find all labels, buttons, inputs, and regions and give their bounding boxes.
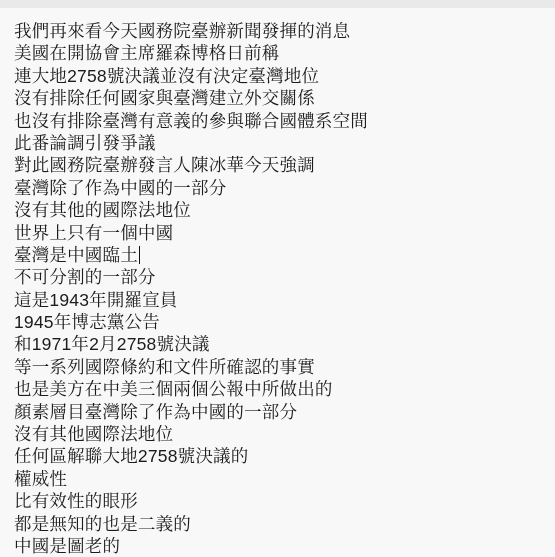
- transcript-line-text: 臺灣除了作為中國的一部分: [14, 178, 226, 198]
- transcript-line: 和1971年2月2758號決議: [14, 333, 549, 355]
- transcript-line-text: 連大地2758號決議並沒有決定臺灣地位: [14, 66, 319, 86]
- transcript-line: 沒有其他國際法地位: [14, 423, 549, 445]
- transcript-line-text: 比有效性的眼形: [14, 491, 138, 511]
- transcript-line-text: 顏素層目臺灣除了作為中國的一部分: [14, 402, 297, 422]
- text-cursor: [139, 246, 140, 264]
- transcript-line: 沒有排除任何國家與臺灣建立外交關係: [14, 87, 549, 109]
- transcript-line: 權威性: [14, 468, 549, 490]
- window-top-band: [0, 0, 555, 8]
- transcript-line-text: 也沒有排除臺灣有意義的參與聯合國體系空間: [14, 111, 368, 131]
- transcript-line: 任何區解聯大地2758號決議的: [14, 445, 549, 467]
- transcript-line-text: 沒有其他國際法地位: [14, 424, 173, 444]
- transcript-line-text: 不可分割的一部分: [14, 267, 156, 287]
- transcript-line-text: 我們再來看今天國務院臺辦新聞發揮的消息: [14, 21, 350, 41]
- transcript-line: 這是1943年開羅宣員: [14, 289, 549, 311]
- transcript-line-text: 等一系列國際條約和文件所確認的事實: [14, 357, 315, 377]
- transcript-text-area[interactable]: 我們再來看今天國務院臺辦新聞發揮的消息美國在開協會主席羅森博格日前稱連大地275…: [14, 20, 549, 557]
- transcript-line: 都是無知的也是二義的: [14, 513, 549, 535]
- transcript-line-text: 任何區解聯大地2758號決議的: [14, 446, 248, 466]
- transcript-line: 美國在開協會主席羅森博格日前稱: [14, 42, 549, 64]
- transcript-line: 此番論調引發爭議: [14, 132, 549, 154]
- transcript-line-text: 美國在開協會主席羅森博格日前稱: [14, 43, 280, 63]
- transcript-line: 不可分割的一部分: [14, 266, 549, 288]
- transcript-line: 比有效性的眼形: [14, 490, 549, 512]
- transcript-line: 對此國務院臺辦發言人陳冰華今天強調: [14, 154, 549, 176]
- transcript-line-text: 此番論調引發爭議: [14, 133, 156, 153]
- transcript-line: 等一系列國際條約和文件所確認的事實: [14, 356, 549, 378]
- transcript-line: 也是美方在中美三個兩個公報中所做出的: [14, 378, 549, 400]
- transcript-line: 世界上只有一個中國: [14, 222, 549, 244]
- transcript-line-text: 也是美方在中美三個兩個公報中所做出的: [14, 379, 333, 399]
- transcript-line-text: 臺灣是中國臨土: [14, 245, 138, 265]
- transcript-line-text: 對此國務院臺辦發言人陳冰華今天強調: [14, 155, 315, 175]
- transcript-line: 1945年博志黨公告: [14, 311, 549, 333]
- transcript-line-text: 權威性: [14, 469, 67, 489]
- transcript-line-text: 沒有排除任何國家與臺灣建立外交關係: [14, 88, 315, 108]
- transcript-line-text: 中國是圖老的: [14, 536, 120, 556]
- transcript-line-text: 沒有其他的國際法地位: [14, 200, 191, 220]
- transcript-line: 連大地2758號決議並沒有決定臺灣地位: [14, 65, 549, 87]
- transcript-line-text: 這是1943年開羅宣員: [14, 290, 178, 310]
- transcript-line: 臺灣是中國臨土: [14, 244, 549, 266]
- transcript-line-text: 和1971年2月2758號決議: [14, 334, 210, 354]
- transcript-line-text: 都是無知的也是二義的: [14, 514, 191, 534]
- transcript-line-text: 世界上只有一個中國: [14, 223, 173, 243]
- transcript-line: 沒有其他的國際法地位: [14, 199, 549, 221]
- transcript-line: 臺灣除了作為中國的一部分: [14, 177, 549, 199]
- transcript-line-text: 1945年博志黨公告: [14, 312, 160, 332]
- transcript-line: 也沒有排除臺灣有意義的參與聯合國體系空間: [14, 110, 549, 132]
- transcript-line: 中國是圖老的: [14, 535, 549, 557]
- transcript-line: 我們再來看今天國務院臺辦新聞發揮的消息: [14, 20, 549, 42]
- transcript-line: 顏素層目臺灣除了作為中國的一部分: [14, 401, 549, 423]
